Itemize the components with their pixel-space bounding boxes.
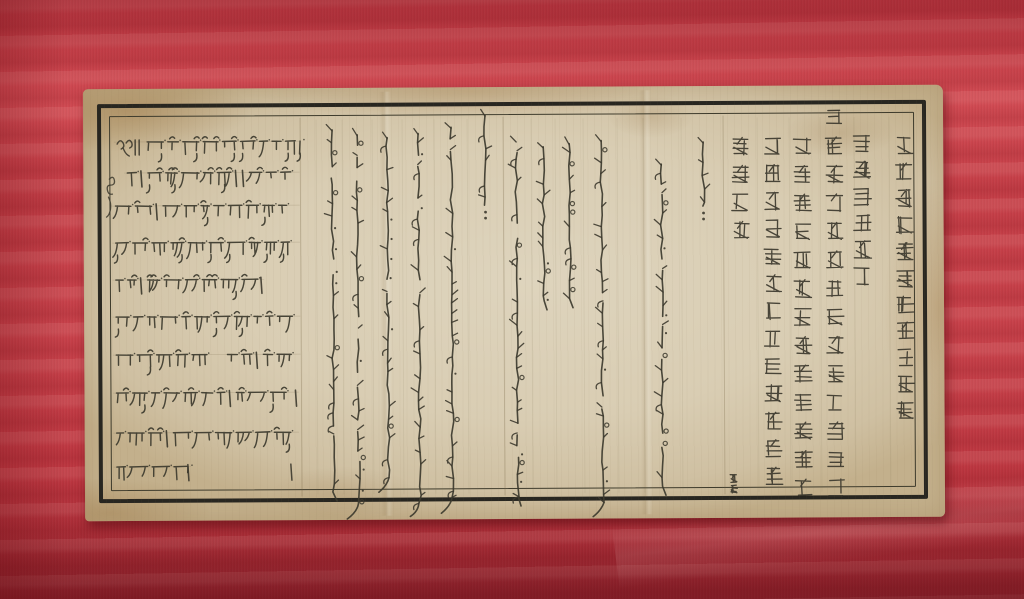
- screenshot-root: 乾隆四十五年八月初七日 班禅額爾德尼 進 丹書克供奉利益畫像觀世音菩 薩番稱堅賫…: [0, 0, 1024, 599]
- collation-mark: 杢二: [729, 466, 740, 500]
- chinese-column-6: 博第薩多: [727, 125, 754, 305]
- chinese-column-4: 薩番稱堅賫資克清稱濟蘭尼布: [789, 124, 817, 496]
- manuscript-sheet: 乾隆四十五年八月初七日 班禅額爾德尼 進 丹書克供奉利益畫像觀世音菩 薩番稱堅賫…: [83, 85, 945, 521]
- chinese-column-5: 勒庫佘呼拂薩蒙古稱和穆什穆: [759, 125, 787, 497]
- chinese-column-3: 丹書克供奉利益畫像觀世音菩: [821, 124, 849, 496]
- fabric-fold-top: [0, 0, 1024, 85]
- chinese-column-2: 班禅額爾德尼: [849, 122, 876, 302]
- fabric-fold-left: [0, 0, 66, 599]
- chinese-column-1: 乾隆四十五年八月初七日: [891, 124, 919, 496]
- fabric-fold-bottom: [0, 529, 1024, 599]
